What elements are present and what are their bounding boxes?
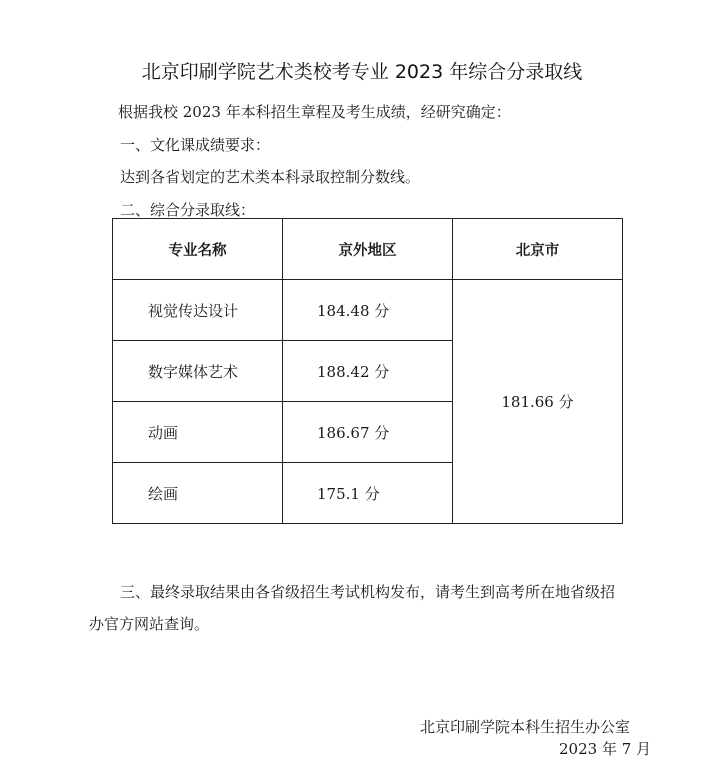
table-row: 视觉传达设计 184.48 分 181.66 分 bbox=[113, 280, 623, 341]
section1-heading: 一、文化课成绩要求： bbox=[120, 134, 270, 155]
table-header-row: 专业名称 京外地区 北京市 bbox=[113, 219, 623, 280]
outside-beijing-score: 186.67 分 bbox=[283, 402, 453, 463]
section3-line2: 办官方网站查询。 bbox=[89, 613, 209, 634]
header-beijing: 北京市 bbox=[453, 219, 623, 280]
major-name: 视觉传达设计 bbox=[113, 280, 283, 341]
signature-office: 北京印刷学院本科生招生办公室 bbox=[420, 716, 630, 737]
page-title: 北京印刷学院艺术类校考专业 2023 年综合分录取线 bbox=[0, 57, 724, 84]
outside-beijing-score: 188.42 分 bbox=[283, 341, 453, 402]
outside-beijing-score: 175.1 分 bbox=[283, 463, 453, 524]
major-name: 动画 bbox=[113, 402, 283, 463]
intro-text: 根据我校 2023 年本科招生章程及考生成绩，经研究确定： bbox=[118, 101, 511, 122]
outside-beijing-score: 184.48 分 bbox=[283, 280, 453, 341]
major-name: 绘画 bbox=[113, 463, 283, 524]
header-major: 专业名称 bbox=[113, 219, 283, 280]
major-name: 数字媒体艺术 bbox=[113, 341, 283, 402]
header-outside-beijing: 京外地区 bbox=[283, 219, 453, 280]
beijing-score: 181.66 分 bbox=[453, 280, 623, 524]
section1-text: 达到各省划定的艺术类本科录取控制分数线。 bbox=[120, 166, 420, 187]
section3-line1: 三、最终录取结果由各省级招生考试机构发布，请考生到高考所在地省级招 bbox=[120, 581, 615, 602]
signature-date: 2023 年 7 月 bbox=[559, 738, 651, 759]
section2-heading: 二、综合分录取线： bbox=[120, 199, 255, 220]
admission-score-table: 专业名称 京外地区 北京市 视觉传达设计 184.48 分 181.66 分 数… bbox=[112, 218, 623, 524]
